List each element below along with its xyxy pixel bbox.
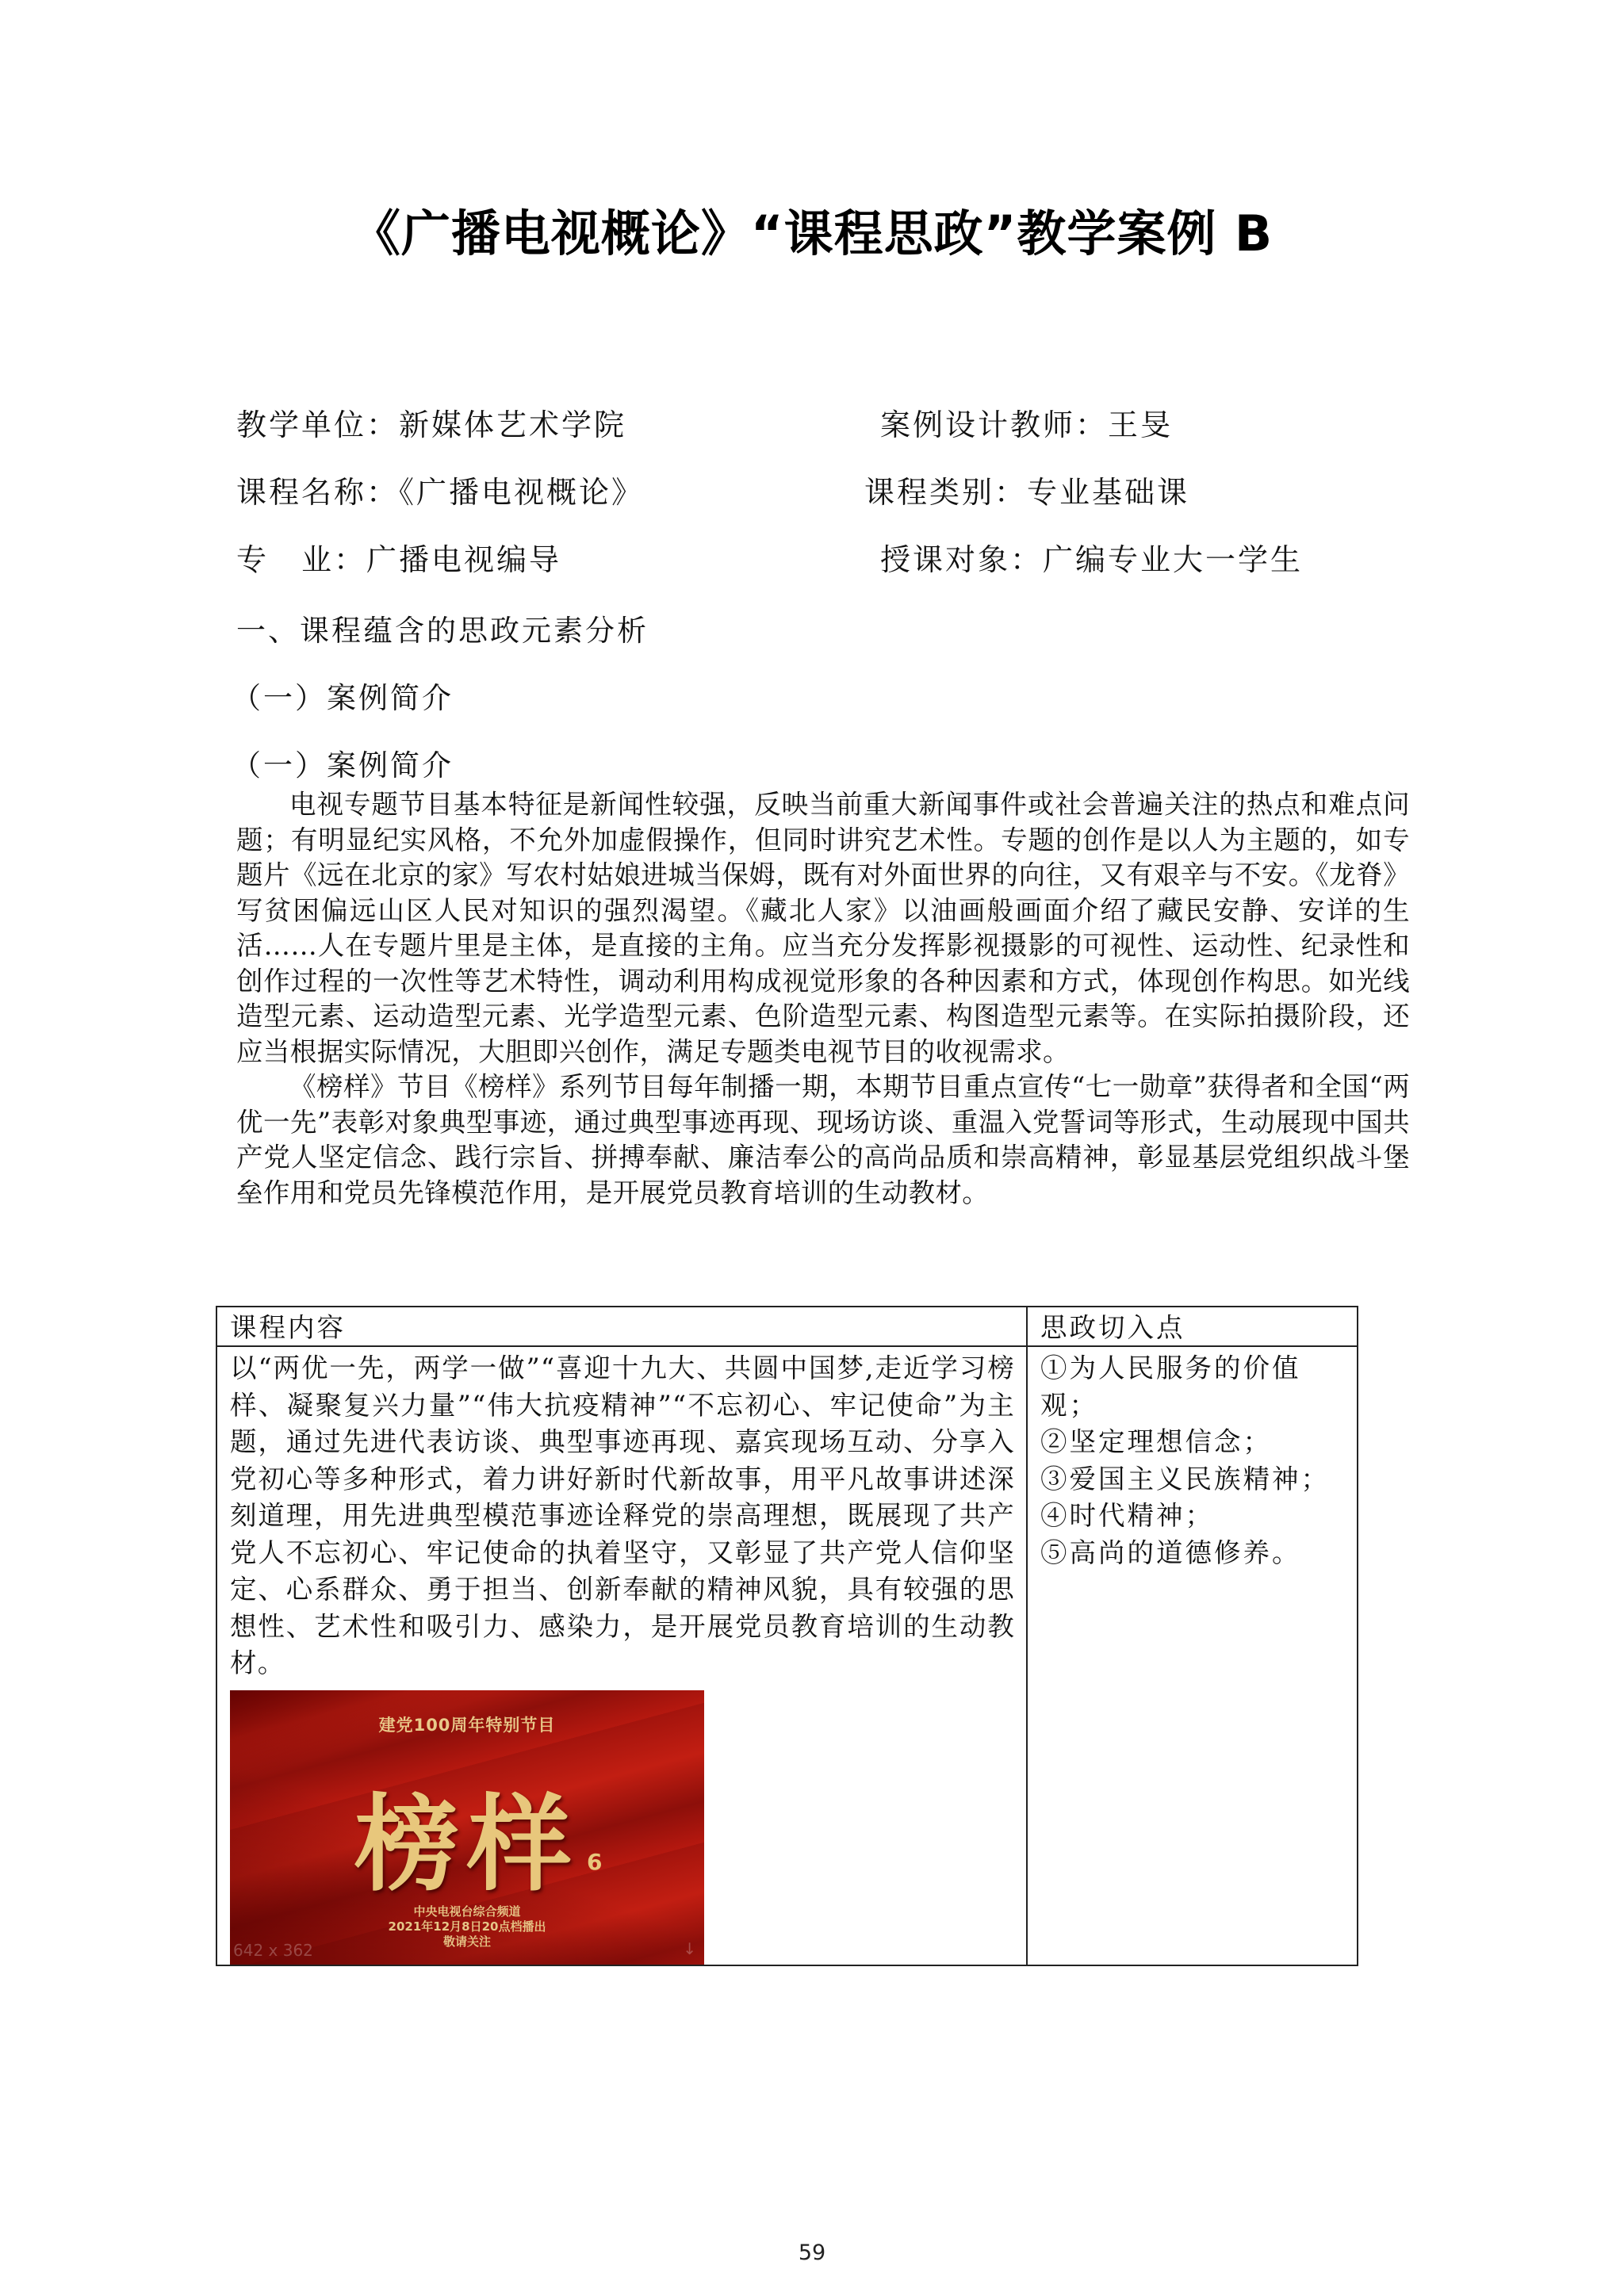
course-content-table: 课程内容 思政切入点 以“两优一先，两学一做”“喜迎十九大、共圆中国梦,走近学习…	[216, 1306, 1358, 1966]
major: 专 业：广播电视编导	[236, 535, 561, 579]
point-item: ⑤高尚的道德修养。	[1040, 1535, 1346, 1572]
case-intro-body: 电视专题节目基本特征是新闻性较强，反映当前重大新闻事件或社会普遍关注的热点和难点…	[236, 787, 1410, 1211]
course-content-cell: 以“两优一先，两学一做”“喜迎十九大、共圆中国梦,走近学习榜样、凝聚复兴力量”“…	[216, 1346, 1027, 1965]
sub-heading-case-intro-repeat: （一）案例简介	[232, 741, 454, 784]
paragraph-tv-special: 电视专题节目基本特征是新闻性较强，反映当前重大新闻事件或社会普遍关注的热点和难点…	[236, 787, 1410, 1070]
meta-row-1: 教学单位：新媒体艺术学院 案例设计教师：王旻	[236, 400, 1426, 448]
point-item: ③爱国主义民族精神；	[1040, 1461, 1346, 1498]
header-course-content: 课程内容	[216, 1307, 1027, 1346]
download-icon: ↓	[683, 1939, 696, 1958]
header-ideological-points: 思政切入点	[1027, 1307, 1358, 1346]
ideological-points-cell: ①为人民服务的价值观； ②坚定理想信念； ③爱国主义民族精神； ④时代精神； ⑤…	[1027, 1346, 1358, 1965]
poster-top-text: 建党100周年特别节目	[230, 1712, 704, 1736]
table-row: 以“两优一先，两学一做”“喜迎十九大、共圆中国梦,走近学习榜样、凝聚复兴力量”“…	[216, 1346, 1358, 1965]
course-type: 课程类别：专业基础课	[864, 468, 1189, 511]
course-name: 课程名称：《广播电视概论》	[236, 468, 644, 511]
table-header-row: 课程内容 思政切入点	[216, 1307, 1358, 1346]
case-designer: 案例设计教师：王旻	[880, 400, 1173, 444]
meta-row-3: 专 业：广播电视编导 授课对象：广编专业大一学生	[236, 535, 1426, 583]
section-heading: 一、课程蕴含的思政元素分析	[236, 607, 649, 649]
audience: 授课对象：广编专业大一学生	[880, 535, 1303, 579]
document-title: 《广播电视概论》“课程思政”教学案例 B	[0, 194, 1624, 265]
point-item: ④时代精神；	[1040, 1498, 1346, 1535]
point-item: ①为人民服务的价值观；	[1040, 1350, 1346, 1424]
bangyang-poster-image: 建党100周年特别节目 榜样 6 中央电视台综合频道 2021年12月8日20点…	[230, 1690, 704, 1965]
poster-airtime: 2021年12月8日20点档播出	[230, 1919, 704, 1934]
point-item: ②坚定理想信念；	[1040, 1424, 1346, 1461]
teaching-unit: 教学单位：新媒体艺术学院	[236, 400, 626, 444]
sub-heading-case-intro: （一）案例简介	[232, 674, 454, 717]
poster-channel: 中央电视台综合频道	[230, 1904, 704, 1919]
image-dimension-overlay: 642 x 362	[233, 1941, 313, 1960]
meta-row-2: 课程名称：《广播电视概论》 课程类别：专业基础课	[236, 468, 1426, 515]
poster-edition: 6	[587, 1849, 602, 1875]
poster-main-title: 榜样	[230, 1760, 704, 1911]
page-number: 59	[0, 2241, 1624, 2265]
ideological-points-list: ①为人民服务的价值观； ②坚定理想信念； ③爱国主义民族精神； ④时代精神； ⑤…	[1040, 1350, 1346, 1571]
paragraph-bangyang: 《榜样》节目《榜样》系列节目每年制播一期，本期节目重点宣传“七一勋章”获得者和全…	[236, 1070, 1410, 1211]
course-content-text: 以“两优一先，两学一做”“喜迎十九大、共圆中国梦,走近学习榜样、凝聚复兴力量”“…	[230, 1350, 1015, 1682]
